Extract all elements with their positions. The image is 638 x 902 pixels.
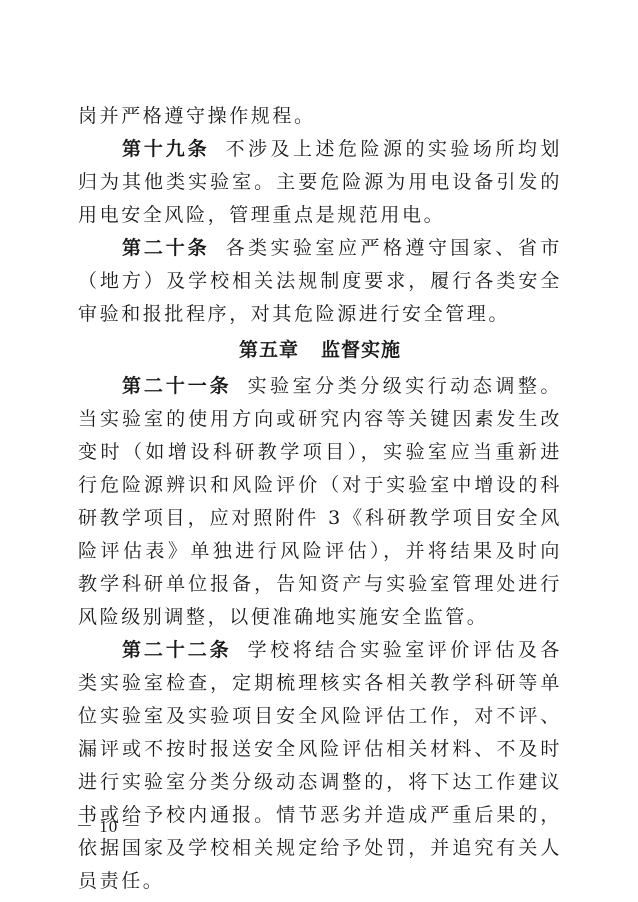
document-body: 岗并严格遵守操作规程。 第十九条不涉及上述危险源的实验场所均划归为其他类实验室。…: [78, 100, 562, 898]
chapter-heading: 第五章监督实施: [78, 334, 562, 367]
paragraph-text: 岗并严格遵守操作规程。: [78, 105, 316, 127]
article-label: 第二十一条: [122, 375, 232, 397]
paragraph-continued: 岗并严格遵守操作规程。: [78, 100, 562, 133]
article-label: 第二十二条: [122, 639, 232, 661]
article-label: 第十九条: [122, 138, 210, 160]
article-21: 第二十一条实验室分类分级实行动态调整。当实验室的使用方向或研究内容等关键因素发生…: [78, 370, 562, 634]
chapter-number: 第五章: [239, 339, 299, 361]
article-19: 第十九条不涉及上述危险源的实验场所均划归为其他类实验室。主要危险源为用电设备引发…: [78, 133, 562, 232]
document-page: 岗并严格遵守操作规程。 第十九条不涉及上述危险源的实验场所均划归为其他类实验室。…: [0, 0, 638, 902]
chapter-title: 监督实施: [321, 339, 401, 361]
article-text: 学校将结合实验室评价评估及各类实验室检查，定期梳理核实各相关教学科研等单位实验室…: [78, 639, 562, 892]
article-text: 实验室分类分级实行动态调整。当实验室的使用方向或研究内容等关键因素发生改变时（如…: [78, 375, 562, 628]
page-number: － 10 －: [76, 815, 142, 839]
article-label: 第二十条: [122, 237, 210, 259]
article-20: 第二十条各类实验室应严格遵守国家、省市（地方）及学校相关法规制度要求，履行各类安…: [78, 232, 562, 331]
article-22: 第二十二条学校将结合实验室评价评估及各类实验室检查，定期梳理核实各相关教学科研等…: [78, 634, 562, 898]
